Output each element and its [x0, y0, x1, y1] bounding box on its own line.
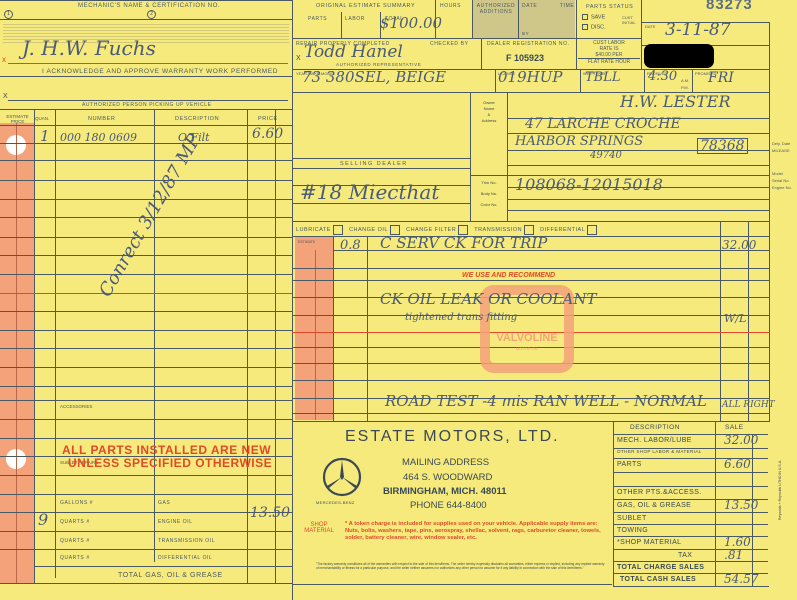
dealer-city: BIRMINGHAM, MICH. 48011	[383, 486, 507, 497]
summary-row-total-cash: TOTAL CASH SALES54.57	[614, 573, 768, 587]
dealer-phone: PHONE 644-8400	[410, 500, 487, 511]
save-checkbox[interactable]: SAVE	[582, 14, 605, 20]
mechanic-signature[interactable]: J. H.W. Fuchs	[22, 36, 156, 60]
accessories-label: ACCESSORIES	[60, 404, 93, 409]
parts-notice-2: UNLESS SPECIFIED OTHERWISE	[68, 456, 272, 470]
cust-initial-label: CUST INITIAL	[622, 15, 638, 25]
serial-no-label: Serial No.	[772, 177, 792, 184]
color-no-label: Color No.	[472, 199, 506, 210]
estimate-labor-label: LABOR	[345, 16, 365, 22]
mechanic-label: MECHANIC'S NAME & CERTIFICATION NO.	[78, 3, 220, 9]
fluid-item-trans-oil: TRANSMISSION OIL	[158, 538, 215, 544]
job-line-4-text[interactable]: ROAD TEST -4 mis RAN WELL - NORMAL	[385, 392, 707, 410]
signature-x: x	[2, 55, 6, 64]
job-line-1-amount[interactable]: 32.00	[722, 238, 756, 252]
dealer-reg-value: F 105923	[506, 53, 544, 63]
job-line-2-text[interactable]: CK OIL LEAK OR COOLANT	[380, 290, 596, 308]
redaction	[644, 44, 714, 68]
col-description: DESCRIPTION	[175, 116, 219, 122]
ymm-value[interactable]: 73 380SEL, BEIGE	[302, 68, 446, 86]
date-label-top: DATE	[522, 3, 537, 9]
pickup-x: X	[3, 93, 8, 100]
lubricate-check[interactable]: LUBRICATE	[296, 227, 343, 233]
summary-row-shop-material: *SHOP MATERIAL1.60	[614, 536, 768, 550]
labor-rate-line-4: FLAT RATE HOUR	[578, 58, 640, 65]
labor-rate-box: CUST LABOR RATE IS $40.00 PER FLAT RATE …	[578, 40, 640, 65]
transmission-check[interactable]: TRANSMISSION	[474, 227, 534, 233]
dealer-reg-label: DEALER REGISTRATION NO.	[487, 41, 570, 47]
mechanic-circle-1: 1	[4, 10, 13, 19]
rep-x: X	[296, 55, 301, 62]
parts-row-1-price[interactable]: 6.60	[252, 126, 283, 142]
owner-zip[interactable]: 49740	[590, 150, 622, 161]
owner-name[interactable]: H.W. LESTER	[620, 92, 731, 111]
recommend-text: WE USE AND RECOMMEND	[462, 272, 555, 279]
summary-row-parts: PARTS6.60	[614, 458, 768, 473]
selling-dealer-label: SELLING DEALER	[340, 161, 408, 167]
warranty-ack: I ACKNOWLEDGE AND APPROVE WARRANTY WORK …	[42, 68, 278, 75]
fluid-unit-diff-oil: QUARTS #	[60, 555, 90, 561]
estimate-price-strip	[0, 123, 34, 583]
fluid-qty-engine-oil[interactable]: 9	[38, 510, 48, 529]
parts-status-title: PARTS STATUS	[586, 4, 633, 10]
col-quan: QUAN.	[35, 116, 49, 121]
promised-value[interactable]: FRI	[708, 70, 734, 86]
mercedes-logo	[322, 457, 362, 497]
fluid-unit-gas: GALLONS #	[60, 500, 93, 506]
summary-row-gas-oil: GAS, OIL & GREASE13.50	[614, 499, 768, 513]
selling-dealer-value[interactable]: #18 Miecthat	[300, 180, 439, 204]
trim-labels: Trim No. Body No. Color No.	[472, 177, 506, 210]
mileage-label: MILEAGE	[772, 147, 792, 154]
date-value[interactable]: 3-11-87	[665, 20, 731, 40]
estimate-total-value[interactable]: $100.00	[380, 14, 442, 32]
fluid-price-engine-oil[interactable]: 13.50	[250, 505, 290, 521]
change-oil-check[interactable]: CHANGE OIL	[349, 227, 400, 233]
job-line-3-amount[interactable]: W/L	[724, 312, 746, 325]
dealer-street: 464 S. WOODWARD	[403, 472, 492, 483]
parts-notice-1: ALL PARTS INSTALLED ARE NEW	[62, 443, 271, 457]
mechanic-circle-2: 2	[147, 10, 156, 19]
fluid-unit-trans-oil: QUARTS #	[60, 538, 90, 544]
time-label-top: TIME	[560, 3, 574, 9]
pm-label: P.M.	[681, 85, 689, 90]
pickup-label: AUTHORIZED PERSON PICKING UP VEHICLE	[82, 102, 212, 108]
save-label: SAVE	[591, 14, 605, 20]
col-number: NUMBER	[88, 116, 115, 122]
differential-check[interactable]: DIFFERENTIAL	[540, 227, 597, 233]
body-no-label: Body No.	[472, 188, 506, 199]
col-estimate-price: ESTIMATE PRICE	[1, 114, 34, 124]
date-label: DATE	[645, 24, 655, 29]
mailing-label: MAILING ADDRESS	[402, 457, 489, 468]
total-gas-oil-label: TOTAL GAS, OIL & GREASE	[118, 572, 223, 579]
correction-annotation: Conrect 3/12/87 MP	[95, 131, 205, 301]
job-estimate-strip	[295, 237, 333, 420]
parts-row-1-quan[interactable]: 1	[40, 127, 50, 145]
owner-address-2[interactable]: HARBOR SPRINGS	[515, 134, 643, 149]
disc-label: DISC.	[591, 24, 606, 30]
parts-row-1-number[interactable]: 000 180 0609	[60, 131, 137, 144]
job-line-1-hours[interactable]: 0.8	[340, 238, 361, 253]
summary-header-sale: SALE	[725, 424, 744, 431]
hours-label: HOURS	[440, 3, 461, 9]
model-label: Model	[772, 170, 792, 177]
am-label: A.M.	[681, 78, 689, 83]
shop-material-text: * A token charge is included for supplie…	[345, 521, 607, 542]
change-filter-check[interactable]: CHANGE FILTER	[406, 227, 468, 233]
form-number: 83273	[706, 0, 753, 13]
valvoline-sub: MOTOR OIL	[484, 346, 570, 351]
owner-side-labels: Owner Name & Address	[472, 100, 506, 124]
valvoline-brand: VALVOLINE	[484, 332, 570, 344]
job-estimate-label: ESTIMATE	[298, 240, 315, 244]
address-label: Address	[472, 118, 506, 124]
shop-material-label: SHOP MATERIAL	[298, 522, 340, 534]
by-label: BY	[522, 31, 529, 36]
fluid-unit-engine-oil: QUARTS #	[60, 519, 90, 525]
authorized-rep-label: AUTHORIZED REPRESENTATIVE	[336, 62, 421, 67]
authorized-additions-label: AUTHORIZED ADDITIONS	[476, 3, 516, 15]
job-line-3-text[interactable]: tightened trans fitting	[405, 312, 517, 323]
written-by-value[interactable]: TBLL	[585, 70, 621, 85]
summary-header-description: DESCRIPTION	[630, 424, 680, 431]
fluid-item-engine-oil: ENGINE OIL	[158, 519, 193, 525]
printer-note: Reynolds + Reynolds LITHO IN U.S.A.	[778, 460, 782, 520]
warranty-disclaimer: "The factory warranty constitutes all of…	[316, 562, 606, 570]
trim-no-label: Trim No.	[472, 177, 506, 188]
summary-row-blank	[614, 472, 768, 487]
estimate-title: ORIGINAL ESTIMATE SUMMARY	[316, 3, 415, 9]
job-line-4-amount[interactable]: ALL RIGHT	[722, 400, 775, 410]
license-value[interactable]: 019HUP	[498, 68, 562, 86]
summary-row-mech-labor: MECH. LABOR/LUBE32.00	[614, 434, 768, 449]
received-value[interactable]: 4:30	[648, 69, 677, 84]
dealer-name: ESTATE MOTORS, LTD.	[345, 428, 560, 446]
right-labels: Dely. Date MILEAGE Model Serial No. Engi…	[772, 140, 792, 191]
engine-no-label: Engine No.	[772, 184, 792, 191]
fluid-item-gas: GAS	[158, 500, 170, 506]
fluid-item-diff-oil: DIFFERENTIAL OIL	[158, 555, 212, 561]
mileage-value[interactable]: 78368	[697, 138, 748, 154]
disc-checkbox[interactable]: DISC.	[582, 24, 606, 30]
dely-date-label: Dely. Date	[772, 140, 792, 147]
body-no-value[interactable]: 108068-12015018	[515, 175, 663, 194]
job-line-1-text[interactable]: C SERV CK FOR TRIP	[380, 234, 547, 252]
checked-by-label: CHECKED BY	[430, 41, 469, 47]
authorized-signature[interactable]: Todd Hanel	[304, 42, 403, 62]
logo-caption: MERCEDES-BENZ	[316, 500, 355, 505]
owner-address-1[interactable]: 47 LARCHE CROCHE	[525, 116, 681, 132]
estimate-parts-label: PARTS	[308, 16, 327, 22]
